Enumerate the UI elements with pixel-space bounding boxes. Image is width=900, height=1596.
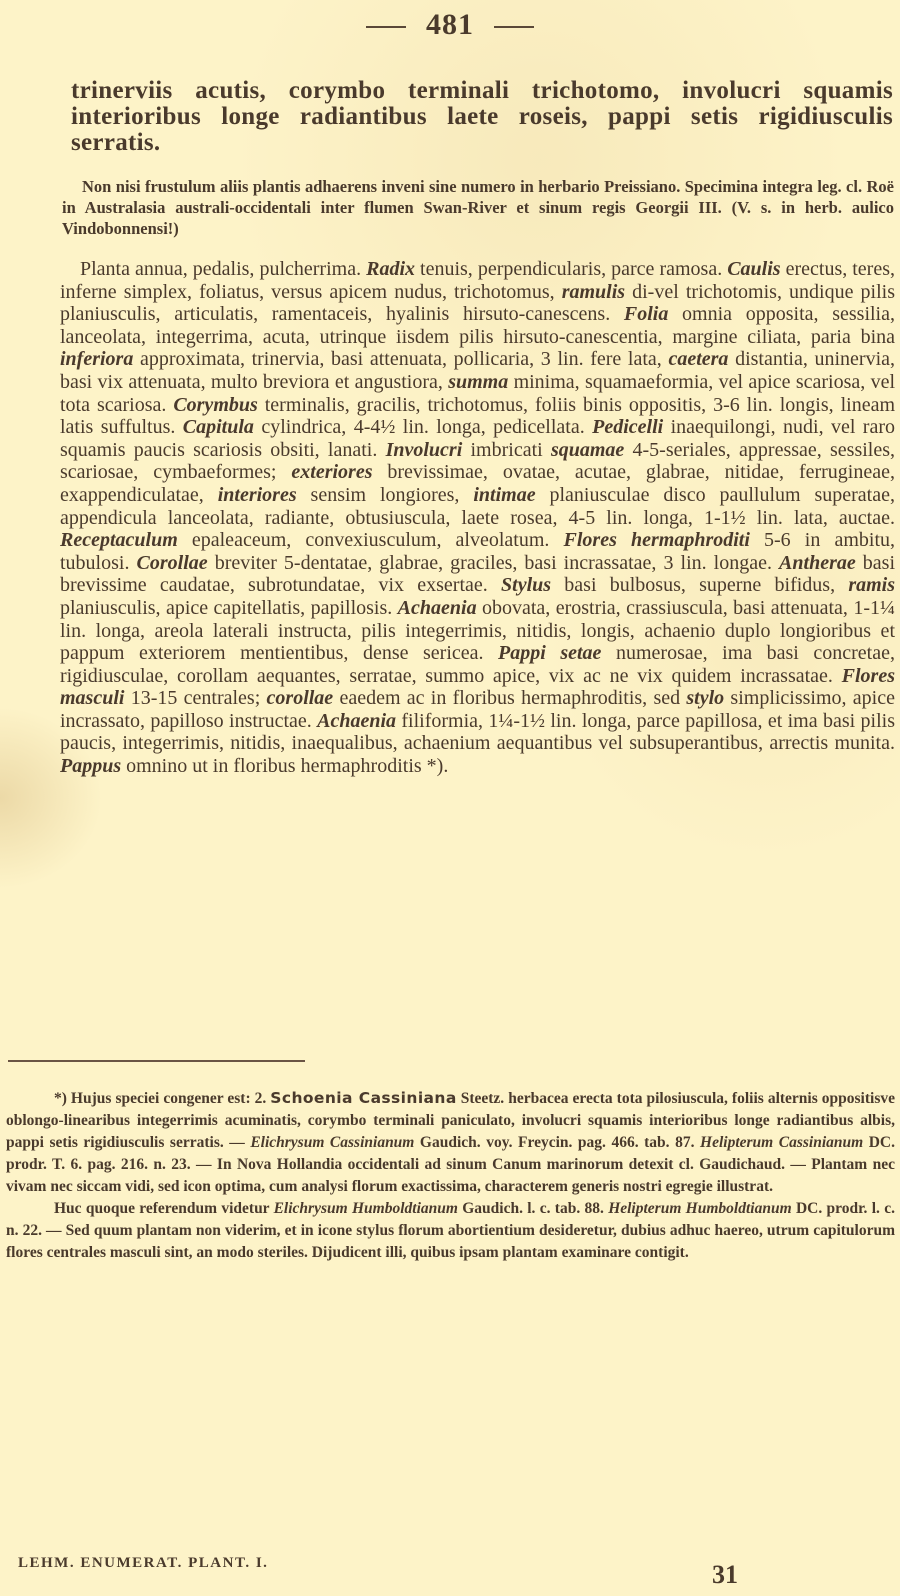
italic-term: squamae [551, 439, 624, 461]
italic-term: interiores [218, 484, 297, 506]
page-header: 481 [0, 8, 900, 42]
footnote-paragraph-2: Huc quoque referendum videtur Elichrysum… [6, 1198, 895, 1264]
italic-term: Pappi setae [498, 642, 601, 664]
italic-term: intimae [473, 484, 535, 506]
italic-term: Receptaculum [60, 529, 178, 551]
italic-term: Involucri [386, 439, 463, 461]
header-dash-left [366, 26, 406, 28]
italic-term: inferiora [60, 348, 133, 370]
italic-term: Flores hermaphroditi [564, 529, 750, 551]
italic-term: Caulis [727, 258, 780, 280]
origin-note: Non nisi frustulum aliis plantis adhaere… [62, 176, 894, 239]
italic-term: Corollae [137, 552, 208, 574]
genus-name: Schoenia Cassiniana [270, 1089, 456, 1107]
italic-term: corollae [267, 687, 334, 709]
species-diagnosis: trinerviis acutis, corymbo terminali tri… [71, 78, 893, 156]
italic-term: Corymbus [173, 394, 257, 416]
italic-term: exteriores [291, 461, 372, 483]
book-page: 481 trinerviis acutis, corymbo terminali… [0, 0, 900, 1596]
footnote-paragraph-1: *) Hujus speciei congener est: 2. Schoen… [6, 1087, 895, 1198]
italic-term: Folia [624, 303, 668, 325]
italic-term: Elichrysum Cassinianum [250, 1134, 414, 1151]
italic-term: Elichrysum Humboldtianum [274, 1200, 458, 1217]
species-description: Planta annua, pedalis, pulcherrima. Radi… [60, 258, 895, 778]
italic-term: Helipterum Humboldtianum [608, 1200, 791, 1217]
italic-term: ramis [848, 574, 895, 596]
italic-term: caetera [668, 348, 728, 370]
italic-term: Achaenia [317, 710, 396, 732]
page-number: 481 [426, 8, 474, 41]
italic-term: Pedicelli [592, 416, 663, 438]
italic-term: Pappus [60, 755, 121, 777]
italic-term: Helipterum Cassinianum [700, 1134, 863, 1151]
italic-term: Achaenia [398, 597, 477, 619]
italic-term: Antherae [779, 552, 856, 574]
italic-term: summa [448, 371, 508, 393]
signature-number: 31 [712, 1560, 738, 1590]
italic-term: stylo [686, 687, 724, 709]
footnote-rule [8, 1060, 305, 1062]
italic-term: Capitula [183, 416, 254, 438]
italic-term: ramulis [562, 281, 625, 303]
italic-term: Radix [366, 258, 415, 280]
italic-term: Stylus [501, 574, 551, 596]
header-dash-right [494, 26, 534, 28]
signature-mark: LEHM. ENUMERAT. PLANT. I. [18, 1555, 268, 1572]
footnote: *) Hujus speciei congener est: 2. Schoen… [6, 1087, 895, 1264]
italic-term: Flores masculi [60, 665, 895, 710]
